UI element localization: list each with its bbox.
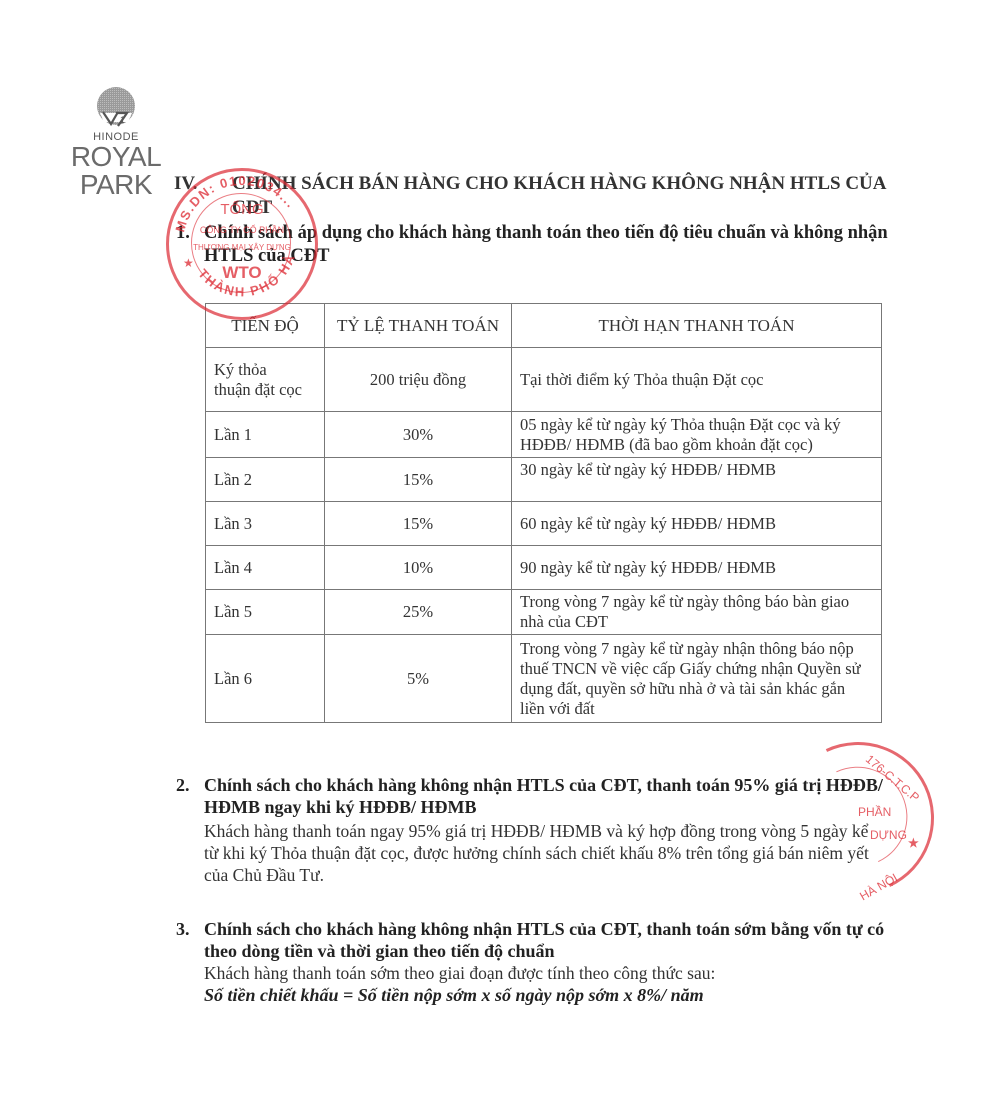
cell-stage: Ký thỏa thuận đặt cọc bbox=[206, 348, 325, 412]
cell-stage: Lần 6 bbox=[206, 635, 325, 723]
cell-rate: 15% bbox=[325, 502, 512, 546]
subsection-title: Chính sách cho khách hàng không nhận HTL… bbox=[204, 774, 891, 818]
cell-rate: 25% bbox=[325, 590, 512, 635]
svg-text:1: 1 bbox=[120, 115, 125, 125]
cell-stage: Lần 1 bbox=[206, 412, 325, 458]
cell-stage: Lần 5 bbox=[206, 590, 325, 635]
header-deadline: THỜI HẠN THANH TOÁN bbox=[512, 304, 882, 348]
header-rate: TỶ LỆ THANH TOÁN bbox=[325, 304, 512, 348]
seal-partial-line2: DỰNG bbox=[870, 828, 907, 842]
table-row: Lần 6 5% Trong vòng 7 ngày kể từ ngày nh… bbox=[206, 635, 882, 723]
cell-rate: 200 triệu đồng bbox=[325, 348, 512, 412]
table-row: Lần 1 30% 05 ngày kể từ ngày ký Thỏa thu… bbox=[206, 412, 882, 458]
cell-stage: Lần 4 bbox=[206, 546, 325, 590]
subsection-number: 1. bbox=[176, 222, 190, 245]
cell-deadline: Trong vòng 7 ngày kể từ ngày nhận thông … bbox=[512, 635, 882, 723]
cell-deadline: Tại thời điểm ký Thỏa thuận Đặt cọc bbox=[512, 348, 882, 412]
subsection-number: 2. bbox=[176, 774, 190, 796]
subsection-body: Khách hàng thanh toán sớm theo giai đoạn… bbox=[204, 962, 891, 984]
section-title: CHÍNH SÁCH BÁN HÀNG CHO KHÁCH HÀNG KHÔNG… bbox=[232, 172, 894, 220]
subsection-2: 2. Chính sách cho khách hàng không nhận … bbox=[176, 774, 891, 886]
cell-deadline: 90 ngày kể từ ngày ký HĐĐB/ HĐMB bbox=[512, 546, 882, 590]
seal-partial-line1: PHẦN bbox=[858, 805, 891, 819]
subsection-title: Chính sách cho khách hàng không nhận HTL… bbox=[204, 918, 891, 962]
table-row: Lần 5 25% Trong vòng 7 ngày kể từ ngày t… bbox=[206, 590, 882, 635]
subsection-title: Chính sách áp dụng cho khách hàng thanh … bbox=[204, 222, 896, 268]
section-number: IV. bbox=[174, 172, 197, 196]
cell-rate: 10% bbox=[325, 546, 512, 590]
table-row: Ký thỏa thuận đặt cọc 200 triệu đồng Tại… bbox=[206, 348, 882, 412]
header-stage: TIẾN ĐỘ bbox=[206, 304, 325, 348]
discount-formula: Số tiền chiết khấu = Số tiền nộp sớm x s… bbox=[204, 984, 891, 1006]
cell-rate: 5% bbox=[325, 635, 512, 723]
payment-schedule-table: TIẾN ĐỘ TỶ LỆ THANH TOÁN THỜI HẠN THANH … bbox=[205, 303, 882, 723]
subsection-1-heading: 1. Chính sách áp dụng cho khách hàng tha… bbox=[176, 222, 896, 268]
cell-deadline: 30 ngày kể từ ngày ký HĐĐB/ HĐMB bbox=[512, 458, 882, 502]
cell-stage: Lần 2 bbox=[206, 458, 325, 502]
logo-title: ROYAL PARK bbox=[36, 143, 196, 199]
cell-deadline: 60 ngày kể từ ngày ký HĐĐB/ HĐMB bbox=[512, 502, 882, 546]
cell-rate: 30% bbox=[325, 412, 512, 458]
cell-rate: 15% bbox=[325, 458, 512, 502]
cell-stage: Lần 3 bbox=[206, 502, 325, 546]
seal-partial-star-icon: ★ bbox=[908, 836, 919, 850]
subsection-3: 3. Chính sách cho khách hàng không nhận … bbox=[176, 918, 891, 1006]
table-row: Lần 4 10% 90 ngày kể từ ngày ký HĐĐB/ HĐ… bbox=[206, 546, 882, 590]
table-row: Lần 3 15% 60 ngày kể từ ngày ký HĐĐB/ HĐ… bbox=[206, 502, 882, 546]
section-iv-heading: IV. CHÍNH SÁCH BÁN HÀNG CHO KHÁCH HÀNG K… bbox=[174, 172, 894, 220]
company-logo: 1 HINODE ROYAL PARK bbox=[36, 86, 196, 199]
subsection-number: 3. bbox=[176, 918, 190, 940]
cell-deadline: 05 ngày kể từ ngày ký Thỏa thuận Đặt cọc… bbox=[512, 412, 882, 458]
subsection-body: Khách hàng thanh toán ngay 95% giá trị H… bbox=[204, 820, 891, 886]
cell-deadline: Trong vòng 7 ngày kể từ ngày thông báo b… bbox=[512, 590, 882, 635]
table-header-row: TIẾN ĐỘ TỶ LỆ THANH TOÁN THỜI HẠN THANH … bbox=[206, 304, 882, 348]
logo-emblem-icon: 1 bbox=[94, 86, 138, 130]
table-row: Lần 2 15% 30 ngày kể từ ngày ký HĐĐB/ HĐ… bbox=[206, 458, 882, 502]
